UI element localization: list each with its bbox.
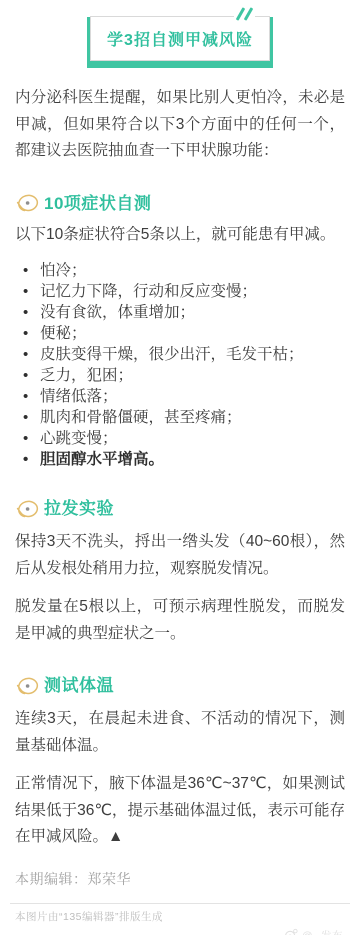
- section-hair-pull-test: 拉发实验 保持3天不洗头，捋出一绺头发（40~60根），然后从发根处稍用力拉，观…: [15, 494, 345, 647]
- list-item: 肌肉和骨骼僵硬，甚至疼痛；: [23, 407, 345, 428]
- list-item: 心跳变慢；: [23, 428, 345, 449]
- page-title: 学3招自测甲减风险: [107, 32, 253, 49]
- slash-mark: [244, 7, 254, 21]
- doodle-circle-icon: [15, 673, 41, 697]
- section-heading: 10项症状自测: [15, 189, 345, 214]
- list-item: 胆固醇水平增高。: [23, 449, 345, 470]
- symptom-list: 怕冷； 记忆力下降，行动和反应变慢； 没有食欲，体重增加； 便秘； 皮肤变得干燥…: [15, 260, 345, 470]
- section-heading: 测试体温: [15, 671, 345, 696]
- double-slash-icon: [234, 6, 255, 22]
- section-heading: 拉发实验: [15, 494, 345, 519]
- list-item: 便秘；: [23, 323, 345, 344]
- article-page: 学3招自测甲减风险 内分泌科医生提醒，如果比别人更怕冷，未必是甲减，但如果符合以…: [0, 0, 360, 935]
- doodle-circle-icon: [15, 190, 41, 214]
- generator-note: 本图片由“135编辑器”排版生成: [15, 909, 345, 924]
- title-badge: 学3招自测甲减风险: [90, 16, 270, 61]
- editor-credit: 本期编辑：郑荣华: [15, 869, 345, 889]
- title-badge-wrap: 学3招自测甲减风险: [15, 16, 345, 61]
- intro-paragraph: 内分泌科医生提醒，如果比别人更怕冷，未必是甲减，但如果符合以下3个方面中的任何一…: [15, 85, 345, 165]
- watermark-logo-icon: [284, 928, 298, 935]
- section-temperature-test: 测试体温 连续3天，在晨起未进食、不活动的情况下，测量基础体温。 正常情况下，腋…: [15, 671, 345, 851]
- body-paragraph: 连续3天，在晨起未进食、不活动的情况下，测量基础体温。: [15, 706, 345, 759]
- section-title-text: 测试体温: [44, 671, 114, 696]
- section-title-text: 10项症状自测: [44, 189, 151, 214]
- watermark: @··发布: [15, 928, 343, 935]
- watermark-text: @··发布: [302, 928, 343, 935]
- section-symptom-selftest: 10项症状自测 以下10条症状符合5条以上，就可能患有甲减。 怕冷； 记忆力下降…: [15, 189, 345, 471]
- footer-divider: [10, 903, 350, 904]
- list-item: 没有食欲，体重增加；: [23, 302, 345, 323]
- list-item: 怕冷；: [23, 260, 345, 281]
- list-item: 皮肤变得干燥，很少出汗，毛发干枯；: [23, 344, 345, 365]
- list-item: 记忆力下降，行动和反应变慢；: [23, 281, 345, 302]
- body-paragraph: 正常情况下，腋下体温是36℃~37℃，如果测试结果低于36℃，提示基础体温过低，…: [15, 771, 345, 851]
- body-paragraph: 脱发量在5根以上，可预示病理性脱发，而脱发是甲减的典型症状之一。: [15, 594, 345, 647]
- body-paragraph: 保持3天不洗头，捋出一绺头发（40~60根），然后从发根处稍用力拉，观察脱发情况…: [15, 529, 345, 582]
- section-lead: 以下10条症状符合5条以上，就可能患有甲减。: [15, 222, 345, 249]
- list-item: 情绪低落；: [23, 386, 345, 407]
- doodle-circle-icon: [15, 496, 41, 520]
- section-title-text: 拉发实验: [44, 494, 114, 519]
- list-item: 乏力，犯困；: [23, 365, 345, 386]
